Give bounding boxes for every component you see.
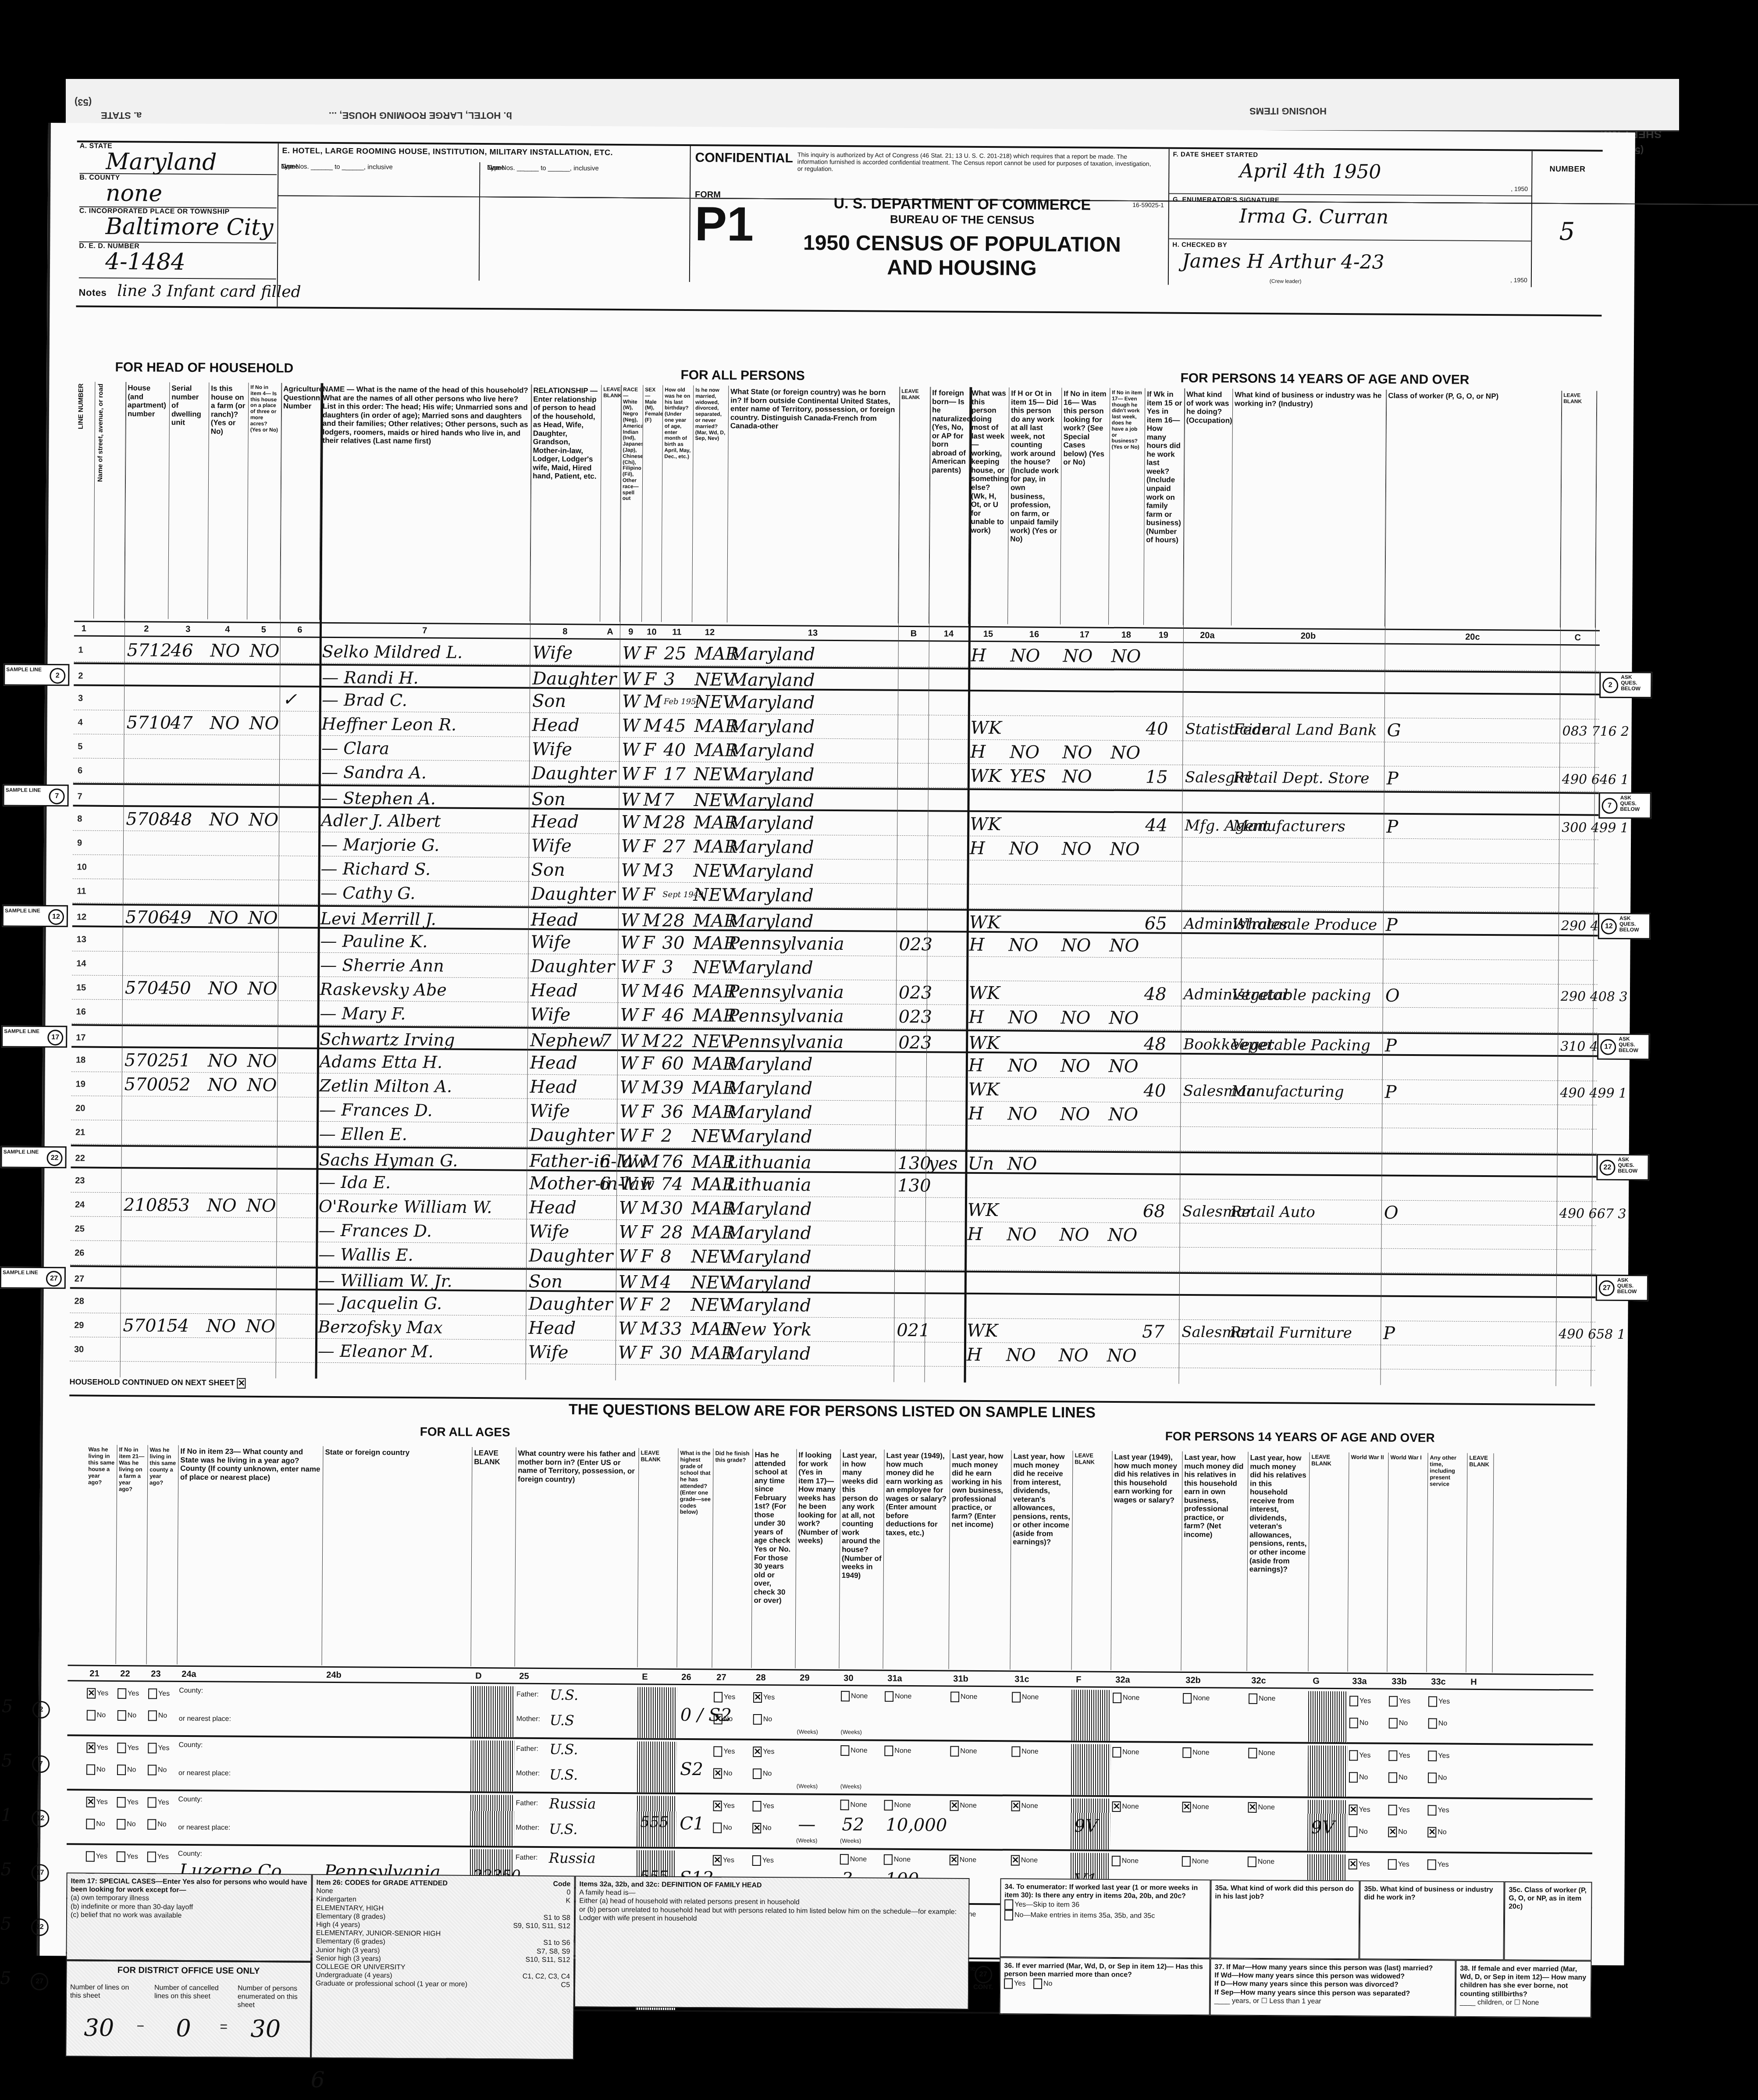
- sample-q21-no[interactable]: No: [86, 1819, 105, 1829]
- checkbox[interactable]: ✕: [1011, 1801, 1020, 1811]
- checkbox[interactable]: ✕: [753, 1692, 762, 1703]
- sample-q33a-yes[interactable]: Yes: [1349, 1750, 1370, 1761]
- checkbox[interactable]: [87, 1710, 96, 1721]
- checkbox[interactable]: [117, 1688, 126, 1699]
- q34-yes-checkbox[interactable]: [1004, 1900, 1013, 1910]
- sample-column-label: LEAVE BLANK: [1075, 1452, 1110, 1465]
- sample-finished-yes[interactable]: Yes: [713, 1746, 735, 1757]
- column-header-label: If Wk in item 15 or Yes in item 16— How …: [1146, 390, 1182, 544]
- cell-sex: M: [643, 910, 661, 931]
- none-option[interactable]: None: [840, 1800, 867, 1810]
- none-option[interactable]: None: [1249, 1694, 1275, 1704]
- none-option[interactable]: None: [840, 1745, 867, 1756]
- line-number: 5: [78, 742, 82, 752]
- checkbox[interactable]: [117, 1710, 126, 1721]
- ask-line-number: 27: [1599, 1280, 1615, 1296]
- checkbox[interactable]: [117, 1819, 125, 1829]
- column-header-label: Serial number of dwelling unit: [171, 384, 207, 427]
- none-option[interactable]: None: [1112, 1856, 1139, 1866]
- cell-a: 7: [600, 1031, 612, 1051]
- line-number: 12: [77, 912, 86, 922]
- sample-q33a-no[interactable]: No: [1349, 1826, 1368, 1837]
- mother-birthplace: U.S.: [549, 1766, 578, 1783]
- checkbox[interactable]: [86, 1765, 95, 1775]
- checkbox[interactable]: [840, 1854, 849, 1865]
- grade-code-label: Elementary (6 grades): [316, 1937, 385, 1946]
- none-option[interactable]: None: [1112, 1747, 1139, 1758]
- cell-name: — Frances D.: [318, 1220, 432, 1241]
- cell-age: 2: [661, 1126, 673, 1146]
- cell-birth: Maryland: [726, 1273, 811, 1293]
- state-value: Maryland: [79, 150, 277, 174]
- column-number: 5: [247, 625, 280, 635]
- checkbox[interactable]: [148, 1797, 157, 1808]
- persons-label: Number of persons enumerated on this she…: [238, 1984, 308, 2010]
- sample-line-badge: SAMPLE LINE2: [4, 663, 69, 686]
- cell-birth: Pennsylvania: [728, 934, 844, 955]
- checked-by-label: h. CHECKED BY: [1172, 241, 1227, 249]
- checkbox[interactable]: [1011, 1746, 1020, 1757]
- none-option[interactable]: None: [1182, 1856, 1209, 1867]
- cell-farm: NO: [210, 713, 240, 733]
- checkbox[interactable]: [1349, 1718, 1358, 1728]
- checkbox[interactable]: [1389, 1718, 1398, 1729]
- sample-q22-no[interactable]: No: [117, 1765, 136, 1775]
- none-option[interactable]: None: [840, 1854, 867, 1865]
- sample-attended-no[interactable]: ✕No: [752, 1823, 772, 1833]
- checkbox[interactable]: ✕: [950, 1801, 959, 1811]
- cell-c18: NO: [1109, 936, 1139, 956]
- sample-q33b-yes[interactable]: Yes: [1388, 1751, 1410, 1761]
- checkbox[interactable]: [884, 1746, 893, 1756]
- checkbox[interactable]: [1427, 1859, 1436, 1870]
- checkbox[interactable]: [117, 1765, 126, 1775]
- column-header: If foreign born— Is he naturalized? (Yes…: [929, 387, 970, 624]
- sample-q33b-yes[interactable]: Yes: [1389, 1696, 1410, 1707]
- checkbox[interactable]: [1388, 1805, 1397, 1815]
- checkbox[interactable]: [1112, 1856, 1121, 1866]
- column-number: 1: [74, 624, 94, 634]
- checkbox[interactable]: [117, 1797, 126, 1808]
- sample-q33a-yes[interactable]: Yes: [1349, 1696, 1371, 1706]
- checkbox[interactable]: [1349, 1772, 1358, 1783]
- column-header: LINE NUMBER: [74, 381, 95, 618]
- sample-q21-no[interactable]: No: [87, 1710, 106, 1721]
- checkbox[interactable]: [86, 1851, 95, 1862]
- mother-birthplace: U.S: [550, 1712, 574, 1729]
- cell-name: — Richard S.: [320, 859, 431, 880]
- sample-column-label: Last year (1949), how much money did his…: [1114, 1453, 1181, 1505]
- checkbox[interactable]: [950, 1746, 959, 1757]
- checkbox[interactable]: [713, 1746, 722, 1757]
- cell-age: 28: [660, 1223, 683, 1243]
- sample-line-number: 22: [46, 1150, 62, 1166]
- checkbox[interactable]: ✕: [1011, 1855, 1020, 1865]
- q36-yes-checkbox[interactable]: [1004, 1979, 1013, 1989]
- checkbox[interactable]: [117, 1743, 126, 1753]
- sample-q21-yes[interactable]: Yes: [86, 1851, 107, 1862]
- q34-no-checkbox[interactable]: [1004, 1910, 1013, 1921]
- sample-row[interactable]: 57✕YesNoYesNoYesNoCounty:or nearest plac…: [67, 1738, 1593, 1800]
- checkbox[interactable]: [841, 1691, 850, 1701]
- checkbox-label: Yes: [762, 1857, 774, 1864]
- checkbox[interactable]: [1428, 1772, 1437, 1783]
- line-number: 9: [77, 838, 82, 848]
- checkbox[interactable]: [1428, 1696, 1437, 1707]
- column-header: What kind of work was he doing? (Occupat…: [1183, 389, 1233, 626]
- cell-rel: Son: [532, 691, 566, 711]
- sample-row[interactable]: 112✕YesNoYesNoYesNoCounty:or nearest pla…: [67, 1792, 1593, 1854]
- sample-q23-yes[interactable]: Yes: [148, 1688, 170, 1699]
- q37-answer[interactable]: ____ years, or ☐ Less than 1 year: [1214, 1997, 1451, 2006]
- none-option[interactable]: ✕None: [1182, 1802, 1209, 1812]
- checkbox[interactable]: ✕: [1427, 1827, 1436, 1837]
- sample-q33c-yes[interactable]: Yes: [1428, 1696, 1450, 1707]
- sample-q23-yes[interactable]: Yes: [147, 1851, 169, 1862]
- sample-q33b-no[interactable]: No: [1388, 1772, 1408, 1783]
- none-option[interactable]: ✕None: [1011, 1855, 1038, 1865]
- column-header-label: SEX — Male (M), Female (F): [645, 387, 661, 423]
- checkbox[interactable]: [840, 1800, 849, 1810]
- checkbox[interactable]: ✕: [752, 1823, 761, 1833]
- sample-row[interactable]: 52✕YesNoYesNoYesNoCounty:or nearest plac…: [68, 1683, 1594, 1745]
- checkbox[interactable]: [147, 1851, 156, 1862]
- checkbox-label: Yes: [763, 1694, 775, 1701]
- q36-no-label: No: [1043, 1980, 1053, 1988]
- sample-q33b-no[interactable]: No: [1389, 1718, 1408, 1729]
- sample-column-number: 31a: [887, 1674, 902, 1684]
- checkbox[interactable]: [1427, 1805, 1436, 1815]
- cell-sex: F: [641, 1222, 653, 1242]
- checkbox[interactable]: [713, 1822, 722, 1833]
- checkbox[interactable]: [1349, 1750, 1358, 1761]
- sample-q33a-yes[interactable]: ✕Yes: [1349, 1859, 1370, 1869]
- column-header-label: Class of worker (P, G, O, or NP): [1388, 392, 1559, 401]
- weeks-label: (Weeks): [796, 1837, 817, 1843]
- column-header: If No in item 17— Even though he didn't …: [1109, 388, 1145, 625]
- line-nos-label: Line Nos.: [487, 164, 515, 171]
- sample-column-number: 28: [756, 1673, 765, 1683]
- checkbox[interactable]: [885, 1691, 893, 1702]
- checkbox[interactable]: [1113, 1693, 1121, 1703]
- sample-q33c-no[interactable]: No: [1428, 1718, 1448, 1729]
- cell-race: W: [619, 1126, 637, 1146]
- cell-cls: O: [1384, 1203, 1399, 1223]
- sample-attended-no[interactable]: No: [753, 1714, 772, 1725]
- sample-q21-yes[interactable]: ✕Yes: [86, 1797, 108, 1808]
- sample-line-label: SAMPLE LINE: [4, 1148, 39, 1155]
- sample-q21-no[interactable]: No: [86, 1765, 106, 1775]
- checkbox[interactable]: [1388, 1772, 1397, 1783]
- checkbox[interactable]: ✕: [87, 1688, 96, 1699]
- none-option[interactable]: ✕None: [950, 1855, 976, 1865]
- checkbox[interactable]: [752, 1855, 761, 1866]
- household-continued[interactable]: HOUSEHOLD CONTINUED ON NEXT SHEET ✕: [69, 1377, 247, 1388]
- column-header-label: NAME — What is the name of the head of t…: [323, 385, 530, 446]
- back-strip-label: (53): [75, 96, 92, 108]
- none-option[interactable]: None: [1248, 1857, 1274, 1867]
- persons-value: 30: [250, 2015, 281, 2043]
- none-option[interactable]: ✕None: [1011, 1801, 1038, 1811]
- checkbox[interactable]: [148, 1688, 157, 1699]
- cell-age: 8: [660, 1247, 672, 1267]
- none-option[interactable]: None: [950, 1746, 977, 1757]
- checkbox[interactable]: [753, 1768, 762, 1779]
- sample-q33a-no[interactable]: No: [1349, 1718, 1369, 1728]
- sample-column-number: 33b: [1391, 1677, 1407, 1687]
- checkbox[interactable]: [753, 1801, 762, 1811]
- margin-mark: 6: [311, 2067, 325, 2093]
- checkbox[interactable]: [1428, 1718, 1437, 1729]
- none-option[interactable]: None: [884, 1746, 911, 1756]
- none-option[interactable]: None: [1183, 1693, 1210, 1704]
- none-option[interactable]: None: [1113, 1693, 1139, 1703]
- column-header-label: RACE — White (W), Negro (Neg), American …: [623, 387, 641, 502]
- sample-column-number: 27: [716, 1672, 726, 1683]
- sample-q22-no[interactable]: No: [117, 1710, 137, 1721]
- none-option[interactable]: ✕None: [950, 1801, 977, 1811]
- checkbox[interactable]: [86, 1819, 95, 1829]
- checkbox[interactable]: [1388, 1751, 1397, 1761]
- sample-q33c-yes[interactable]: Yes: [1428, 1751, 1449, 1761]
- sample-q33b-yes[interactable]: Yes: [1388, 1859, 1409, 1870]
- notes-field: Notes line 3 Infant card filled: [79, 282, 301, 301]
- household-continued-checkbox[interactable]: ✕: [237, 1378, 246, 1389]
- sample-attended-no[interactable]: No: [753, 1768, 772, 1779]
- q34-box: 34. To enumerator: If worked last year (…: [1000, 1878, 1210, 1958]
- column-header-label: Agriculture Questionnaire Number: [283, 385, 319, 410]
- sample-q21-yes[interactable]: ✕Yes: [86, 1743, 108, 1753]
- cont-label: CONT.: [973, 1983, 993, 1991]
- checkbox[interactable]: [1428, 1751, 1437, 1761]
- date-started-value: April 4th 1950: [1239, 160, 1381, 183]
- sample-q33a-no[interactable]: No: [1349, 1772, 1368, 1783]
- checkbox[interactable]: ✕: [1112, 1801, 1121, 1812]
- checkbox[interactable]: [1349, 1696, 1358, 1706]
- cell-serial: 52: [168, 1075, 190, 1095]
- checkbox[interactable]: [117, 1851, 125, 1862]
- checkbox[interactable]: [950, 1692, 959, 1702]
- sample-q33c-yes[interactable]: Yes: [1427, 1859, 1449, 1870]
- sample-q33a-yes[interactable]: ✕Yes: [1349, 1804, 1370, 1815]
- sample-q21-yes[interactable]: ✕Yes: [87, 1688, 108, 1699]
- q38-answer[interactable]: ____ children, or ☐ None: [1460, 1998, 1587, 2007]
- sample-q23-no[interactable]: No: [148, 1710, 167, 1721]
- sample-finished-yes[interactable]: ✕Yes: [713, 1801, 735, 1811]
- none-option[interactable]: ✕None: [1112, 1801, 1139, 1812]
- sample-q22-yes[interactable]: Yes: [117, 1688, 139, 1699]
- none-option[interactable]: None: [841, 1691, 868, 1701]
- checkbox[interactable]: ✕: [1248, 1802, 1257, 1813]
- none-label: None: [1021, 1802, 1038, 1810]
- special-cases-title: Item 17: SPECIAL CASES—Enter Yes also fo…: [71, 1877, 307, 1895]
- sample-line-badge: SAMPLE LINE17: [1, 1025, 67, 1048]
- cell-c15: H: [968, 1055, 984, 1076]
- sample-q33b-no[interactable]: ✕No: [1388, 1827, 1407, 1837]
- column-header: Class of worker (P, G, O, or NP): [1385, 390, 1562, 628]
- sample-attended-yes[interactable]: Yes: [753, 1801, 774, 1811]
- checkbox[interactable]: [884, 1800, 893, 1811]
- column-header: RACE — White (W), Negro (Neg), American …: [620, 385, 643, 622]
- checkbox[interactable]: [147, 1819, 156, 1829]
- column-header: LEAVE BLANK: [600, 385, 621, 622]
- institution-col-1: Name Type Line Nos. ______ to ______, in…: [278, 161, 480, 281]
- cell-birth: Pennsylvania: [727, 1006, 843, 1027]
- checkbox[interactable]: ✕: [714, 1714, 722, 1724]
- column-number: 20c: [1385, 632, 1560, 643]
- father-birthplace: Russia: [549, 1850, 596, 1867]
- sample-section-title: THE QUESTIONS BELOW ARE FOR PERSONS LIST…: [69, 1398, 1595, 1424]
- none-option[interactable]: None: [1012, 1692, 1039, 1702]
- none-option[interactable]: None: [950, 1692, 977, 1702]
- section-head-all-persons: FOR ALL PERSONS: [680, 368, 805, 384]
- form-number: 16-59025-1: [1132, 201, 1164, 208]
- checkbox[interactable]: [1112, 1747, 1121, 1758]
- sample-q33c-yes[interactable]: Yes: [1427, 1805, 1449, 1815]
- cell-name: Berzofsky Max: [318, 1317, 443, 1338]
- cell-rel: Head: [531, 812, 579, 832]
- checkbox[interactable]: [1249, 1694, 1257, 1704]
- checkbox[interactable]: [148, 1743, 157, 1753]
- checkbox[interactable]: [884, 1854, 893, 1865]
- none-option[interactable]: ✕None: [1248, 1802, 1275, 1813]
- sample-q23-yes[interactable]: Yes: [148, 1797, 169, 1808]
- none-option[interactable]: None: [885, 1691, 911, 1702]
- none-option[interactable]: None: [1011, 1746, 1038, 1757]
- checkbox[interactable]: [1182, 1747, 1191, 1758]
- checkbox[interactable]: ✕: [713, 1855, 722, 1865]
- checkbox[interactable]: ✕: [86, 1797, 95, 1808]
- department-name: U. S. DEPARTMENT OF COMMERCE: [787, 195, 1138, 214]
- sample-q22-no[interactable]: No: [117, 1819, 136, 1829]
- sample-finished-no[interactable]: ✕No: [714, 1714, 733, 1724]
- cell-birth: Maryland: [726, 1295, 811, 1316]
- sample-q33c-no[interactable]: No: [1428, 1772, 1447, 1783]
- sheet-meta-block: f. DATE SHEET STARTED April 4th 1950 , 1…: [1168, 149, 1533, 287]
- checkbox[interactable]: ✕: [753, 1747, 762, 1757]
- sample-q22-yes[interactable]: Yes: [117, 1851, 138, 1862]
- checkbox[interactable]: [1012, 1692, 1021, 1702]
- checkbox-label: No: [1438, 1829, 1447, 1836]
- sample-q33c-no[interactable]: ✕No: [1427, 1827, 1447, 1837]
- sample-q22-yes[interactable]: Yes: [117, 1743, 139, 1753]
- cell-c15: WK: [970, 718, 1001, 738]
- sample-q30-value: 52: [842, 1815, 864, 1835]
- cell-age: 36: [661, 1102, 683, 1122]
- cell-sex: F: [641, 1174, 653, 1194]
- checkbox[interactable]: [1388, 1859, 1397, 1870]
- cell-sex: M: [644, 692, 662, 712]
- none-option[interactable]: None: [1182, 1747, 1209, 1758]
- checkbox[interactable]: [1349, 1826, 1357, 1837]
- none-label: None: [851, 1692, 868, 1700]
- leave-blank-hatch: [470, 1795, 514, 1846]
- cell-name: Zetlin Milton A.: [319, 1076, 452, 1097]
- none-option[interactable]: None: [884, 1800, 911, 1811]
- sample-finished-no[interactable]: No: [713, 1822, 732, 1833]
- sample-q23-yes[interactable]: Yes: [148, 1743, 169, 1753]
- checkbox[interactable]: [148, 1765, 157, 1775]
- checkbox[interactable]: ✕: [950, 1855, 958, 1865]
- sample-column-number: 31c: [1014, 1675, 1029, 1685]
- sample-lines-section: THE QUESTIONS BELOW ARE FOR PERSONS LIST…: [66, 1394, 1595, 1943]
- column-number: 19: [1144, 630, 1183, 641]
- checkbox[interactable]: [148, 1710, 157, 1721]
- district-office-box: FOR DISTRICT OFFICE USE ONLY Number of l…: [65, 1960, 311, 2058]
- grade-code-value: S9, S10, S11, S12: [513, 1922, 570, 1930]
- checkbox[interactable]: [1182, 1856, 1191, 1867]
- checkbox[interactable]: ✕: [86, 1743, 95, 1753]
- cell-ag: ✓: [282, 689, 297, 710]
- none-option[interactable]: None: [884, 1854, 911, 1865]
- checkbox[interactable]: [840, 1745, 849, 1756]
- checkbox[interactable]: ✕: [1182, 1802, 1191, 1812]
- none-label: None: [1122, 1748, 1139, 1756]
- notes-label: Notes: [79, 287, 107, 298]
- checkbox[interactable]: [1389, 1696, 1398, 1707]
- checkbox[interactable]: ✕: [1349, 1804, 1357, 1815]
- cell-name: — Sherrie Ann: [320, 955, 444, 976]
- sample-q23-no[interactable]: No: [147, 1819, 167, 1829]
- sample-q23-no[interactable]: No: [148, 1765, 167, 1775]
- none-option[interactable]: None: [1248, 1748, 1275, 1758]
- checkbox-label: No: [96, 1820, 105, 1828]
- cell-c17: NO: [1062, 767, 1092, 787]
- cell-serial: 53: [167, 1195, 190, 1216]
- cell-c15: H: [968, 1007, 984, 1027]
- sample-finished-no[interactable]: ✕No: [713, 1768, 733, 1779]
- checkbox[interactable]: ✕: [1388, 1827, 1397, 1837]
- sheet-header: a. STATE Maryland b. COUNTY none c. INCO…: [76, 140, 1602, 316]
- sample-finished-yes[interactable]: ✕Yes: [713, 1855, 734, 1865]
- checkbox[interactable]: ✕: [713, 1768, 722, 1779]
- sample-attended-yes[interactable]: ✕Yes: [753, 1747, 774, 1757]
- checkbox[interactable]: ✕: [1349, 1859, 1357, 1869]
- checkbox[interactable]: [1183, 1693, 1192, 1704]
- sample-q33b-yes[interactable]: Yes: [1388, 1805, 1409, 1815]
- ask-questions-badge: 27ASK QUES. BELOW: [1596, 1275, 1648, 1301]
- q36-no-checkbox[interactable]: [1033, 1979, 1042, 1989]
- form-footer: Item 17: SPECIAL CASES—Enter Yes also fo…: [65, 1872, 1592, 2066]
- sample-column-label: World War II: [1351, 1454, 1386, 1461]
- sample-line-badge: SAMPLE LINE27: [0, 1266, 66, 1289]
- cell-farm: NO: [207, 1075, 237, 1095]
- sample-finished-yes[interactable]: Yes: [714, 1692, 735, 1702]
- cell-age: 30: [662, 933, 684, 953]
- enumerator-label: g. ENUMERATOR'S SIGNATURE: [1173, 196, 1280, 204]
- cell-hours: 40: [1143, 1080, 1166, 1101]
- checkbox[interactable]: [1248, 1857, 1256, 1867]
- sample-attended-yes[interactable]: Yes: [752, 1855, 774, 1866]
- sample-column-number: 32a: [1115, 1675, 1130, 1685]
- institution-block: e. HOTEL, LARGE ROOMING HOUSE, INSTITUTI…: [278, 143, 691, 282]
- checkbox-label: Yes: [96, 1744, 108, 1751]
- lines-value: 30: [84, 2014, 114, 2042]
- sample-attended-yes[interactable]: ✕Yes: [753, 1692, 775, 1703]
- sample-line-number: 7: [49, 788, 65, 804]
- sample-column-number: 32b: [1185, 1676, 1201, 1686]
- checkbox[interactable]: ✕: [713, 1801, 722, 1811]
- column-header-label: LEAVE BLANK: [1563, 392, 1594, 405]
- checkbox[interactable]: [1248, 1748, 1257, 1758]
- checkbox[interactable]: [714, 1692, 722, 1702]
- cell-birth: Maryland: [728, 958, 813, 978]
- sample-q22-yes[interactable]: Yes: [117, 1797, 139, 1808]
- checkbox-label: No: [763, 1715, 772, 1723]
- cell-age: 4: [660, 1273, 672, 1293]
- checkbox[interactable]: [753, 1714, 762, 1725]
- cell-age: 7: [663, 790, 674, 810]
